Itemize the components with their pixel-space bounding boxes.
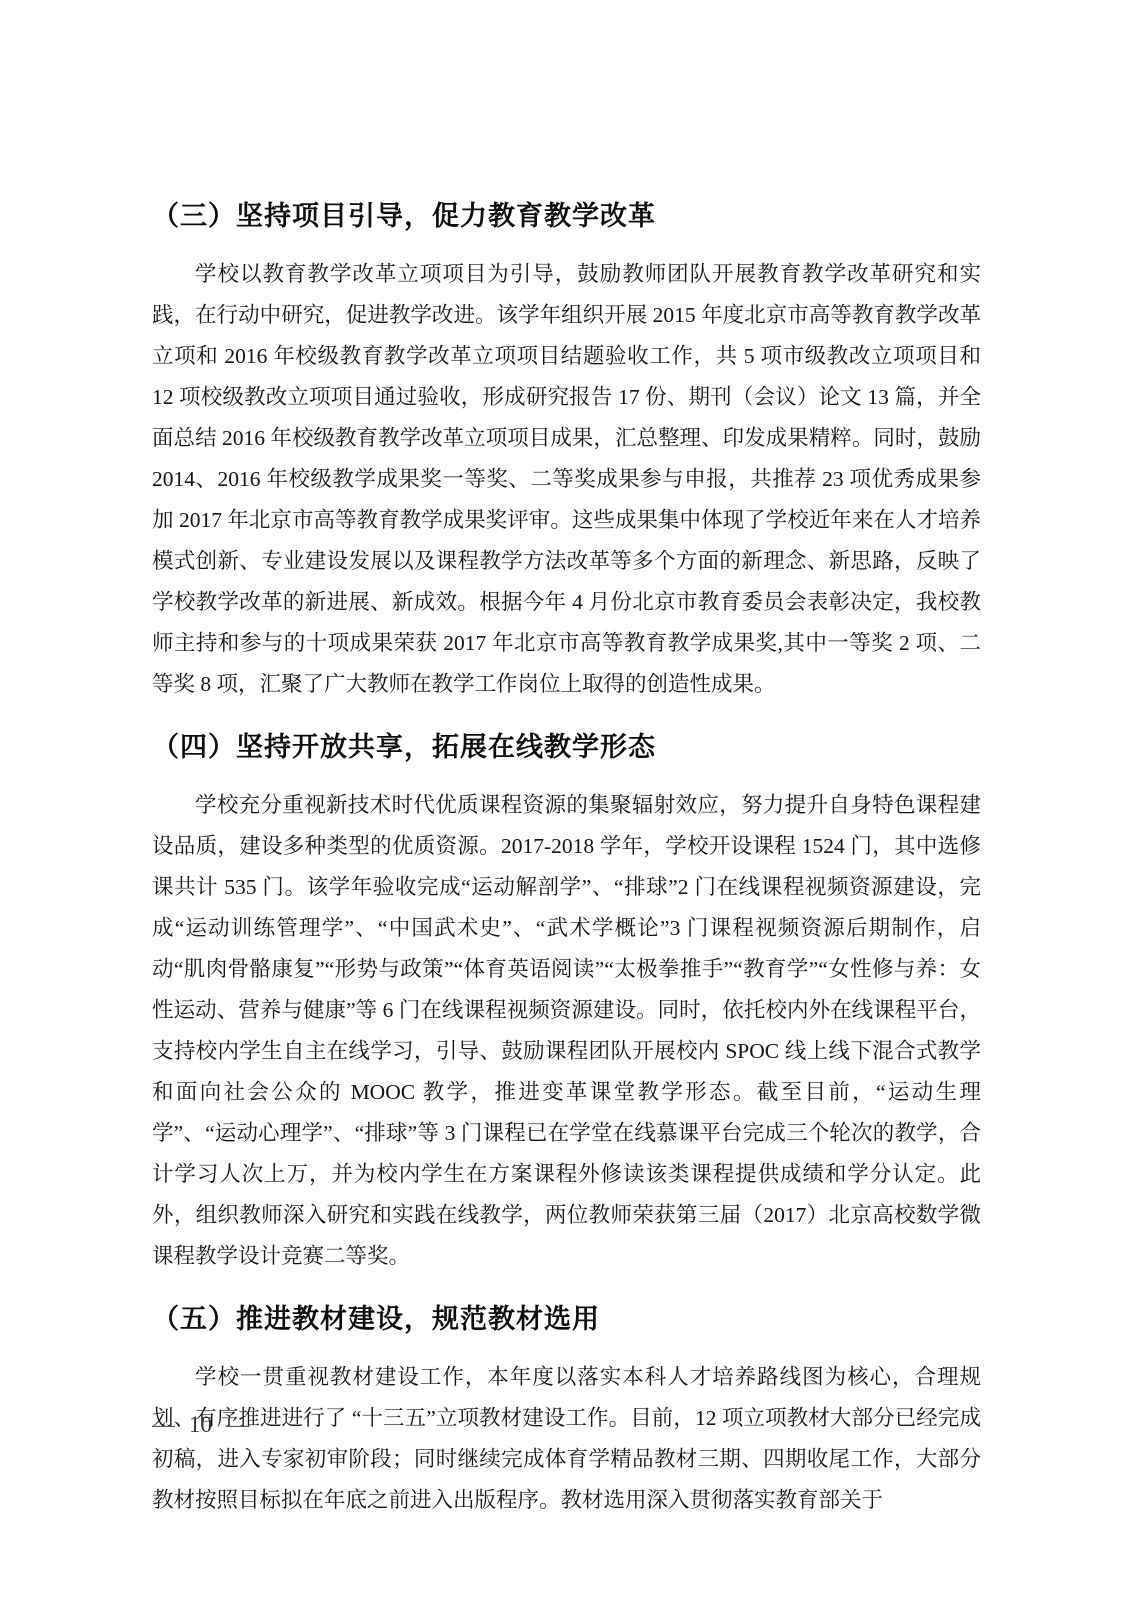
section-4-heading: （四）坚持开放共享，拓展在线教学形态	[152, 727, 981, 767]
section-4-paragraph: 学校充分重视新技术时代优质课程资源的集聚辐射效应，努力提升自身特色课程建设品质，…	[152, 785, 981, 1277]
footer-dash-right: —	[226, 1412, 249, 1438]
document-page: （三）坚持项目引导，促力教育教学改革 学校以教育教学改革立项项目为引导，鼓励教师…	[0, 0, 1131, 1600]
section-5-paragraph: 学校一贯重视教材建设工作，本年度以落实本科人才培养路线图为核心，合理规划、有序推…	[152, 1357, 981, 1521]
page-footer: — 10 —	[152, 1412, 249, 1438]
footer-page-number: 10	[189, 1412, 212, 1438]
section-3-heading: （三）坚持项目引导，促力教育教学改革	[152, 196, 981, 236]
footer-dash-left: —	[152, 1412, 175, 1438]
section-5-heading: （五）推进教材建设，规范教材选用	[152, 1299, 981, 1339]
section-3-paragraph: 学校以教育教学改革立项项目为引导，鼓励教师团队开展教育教学改革研究和实践，在行动…	[152, 254, 981, 705]
